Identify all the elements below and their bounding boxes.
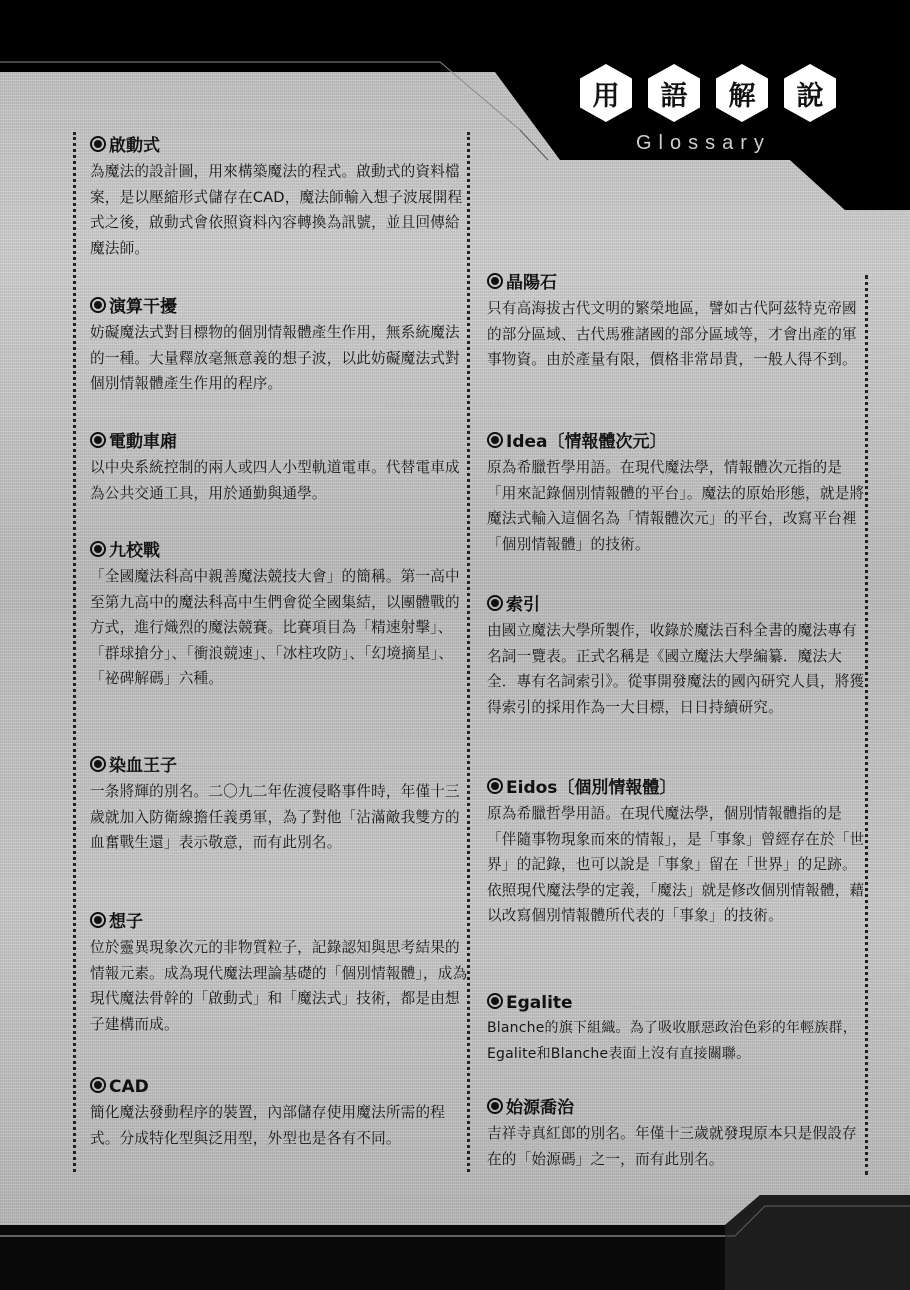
bullet-icon <box>487 1098 503 1114</box>
entry-term: Egalite <box>506 993 573 1013</box>
glossary-entry: 晶陽石 只有高海拔古代文明的繁榮地區，譬如古代阿茲特克帝國的部分區域、古代馬雅諸… <box>487 272 865 373</box>
bullet-icon <box>90 541 106 557</box>
bullet-icon <box>90 1077 106 1093</box>
entry-text: 位於靈異現象次元的非物質粒子，記錄認知與思考結果的情報元素。成為現代魔法理論基礎… <box>90 935 470 1037</box>
bullet-icon <box>90 136 106 152</box>
bullet-icon <box>487 778 503 794</box>
entry-text: 吉祥寺真紅郎的別名。年僅十三歲就發現原本只是假設存在的「始源碼」之一，而有此別名… <box>487 1121 865 1172</box>
entry-term: 晶陽石 <box>506 273 557 293</box>
entry-text: 簡化魔法發動程序的裝置，內部儲存使用魔法所需的程式。分成特化型與泛用型，外型也是… <box>90 1100 470 1151</box>
entry-term: 電動車廂 <box>109 432 177 452</box>
title-hex-3: 解 <box>716 64 768 122</box>
entry-text: 一条將輝的別名。二〇九二年佐渡侵略事件時，年僅十三歲就加入防衛線擔任義勇軍，為了… <box>90 779 470 856</box>
entry-text: 原為希臘哲學用語。在現代魔法學，個別情報體指的是「伴隨事物現象而來的情報」，是「… <box>487 801 865 929</box>
bullet-icon <box>90 756 106 772</box>
title-hex-4: 說 <box>784 64 836 122</box>
right-column-rule-right <box>865 275 868 1175</box>
entry-term: 想子 <box>109 912 143 932</box>
bullet-icon <box>487 595 503 611</box>
entry-term: 演算干擾 <box>109 297 177 317</box>
entry-term: Eidos〔個別情報體〕 <box>506 778 676 798</box>
bullet-icon <box>487 432 503 448</box>
glossary-entry: Egalite Blanche的旗下組織。為了吸收厭惡政治色彩的年輕族群，Ega… <box>487 992 865 1067</box>
title-hex-1: 用 <box>580 64 632 122</box>
entry-text: 原為希臘哲學用語。在現代魔法學，情報體次元指的是「用來記錄個別情報體的平台」。魔… <box>487 455 865 557</box>
entry-term: 九校戰 <box>109 541 160 561</box>
glossary-entry: Eidos〔個別情報體〕 原為希臘哲學用語。在現代魔法學，個別情報體指的是「伴隨… <box>487 777 865 929</box>
entry-text: 以中央系統控制的兩人或四人小型軌道電車。代替電車成為公共交通工具，用於通勤與通學… <box>90 455 470 506</box>
bullet-icon <box>90 432 106 448</box>
glossary-title: 用 語 解 說 <box>580 64 836 122</box>
entry-term: Idea〔情報體次元〕 <box>506 432 667 452</box>
entry-text: 「全國魔法科高中親善魔法競技大會」的簡稱。第一高中至第九高中的魔法科高中生們會從… <box>90 564 470 692</box>
left-column-rule-left <box>73 132 76 1172</box>
title-hex-2: 語 <box>648 64 700 122</box>
glossary-entry: 演算干擾 妨礙魔法式對目標物的個別情報體產生作用，無系統魔法的一種。大量釋放毫無… <box>90 296 470 397</box>
bullet-icon <box>90 912 106 928</box>
glossary-entry: Idea〔情報體次元〕 原為希臘哲學用語。在現代魔法學，情報體次元指的是「用來記… <box>487 431 865 557</box>
bullet-icon <box>487 993 503 1009</box>
glossary-subtitle: Glossary <box>636 132 771 155</box>
entry-text: 為魔法的設計圖，用來構築魔法的程式。啟動式的資料檔案，是以壓縮形式儲存在CAD，… <box>90 159 470 261</box>
glossary-entry: 想子 位於靈異現象次元的非物質粒子，記錄認知與思考結果的情報元素。成為現代魔法理… <box>90 911 470 1037</box>
bullet-icon <box>487 273 503 289</box>
entry-term: 始源喬治 <box>506 1098 574 1118</box>
glossary-entry: 電動車廂 以中央系統控制的兩人或四人小型軌道電車。代替電車成為公共交通工具，用於… <box>90 431 470 506</box>
entry-term: CAD <box>109 1077 149 1097</box>
glossary-entry: 九校戰 「全國魔法科高中親善魔法競技大會」的簡稱。第一高中至第九高中的魔法科高中… <box>90 540 470 692</box>
entry-text: 妨礙魔法式對目標物的個別情報體產生作用，無系統魔法的一種。大量釋放毫無意義的想子… <box>90 320 470 397</box>
glossary-entry: 索引 由國立魔法大學所製作，收錄於魔法百科全書的魔法專有名詞一覽表。正式名稱是《… <box>487 594 865 720</box>
entry-text: 由國立魔法大學所製作，收錄於魔法百科全書的魔法專有名詞一覽表。正式名稱是《國立魔… <box>487 618 865 720</box>
entry-text: Blanche的旗下組織。為了吸收厭惡政治色彩的年輕族群，Egalite和Bla… <box>487 1016 865 1067</box>
entry-term: 染血王子 <box>109 756 177 776</box>
entry-term: 索引 <box>506 595 540 615</box>
glossary-entry: 啟動式 為魔法的設計圖，用來構築魔法的程式。啟動式的資料檔案，是以壓縮形式儲存在… <box>90 135 470 261</box>
glossary-entry: 始源喬治 吉祥寺真紅郎的別名。年僅十三歲就發現原本只是假設存在的「始源碼」之一，… <box>487 1097 865 1172</box>
bullet-icon <box>90 297 106 313</box>
entry-text: 只有高海拔古代文明的繁榮地區，譬如古代阿茲特克帝國的部分區域、古代馬雅諸國的部分… <box>487 296 865 373</box>
glossary-entry: 染血王子 一条將輝的別名。二〇九二年佐渡侵略事件時，年僅十三歲就加入防衛線擔任義… <box>90 755 470 856</box>
entry-term: 啟動式 <box>109 136 160 156</box>
glossary-entry: CAD 簡化魔法發動程序的裝置，內部儲存使用魔法所需的程式。分成特化型與泛用型，… <box>90 1076 470 1151</box>
